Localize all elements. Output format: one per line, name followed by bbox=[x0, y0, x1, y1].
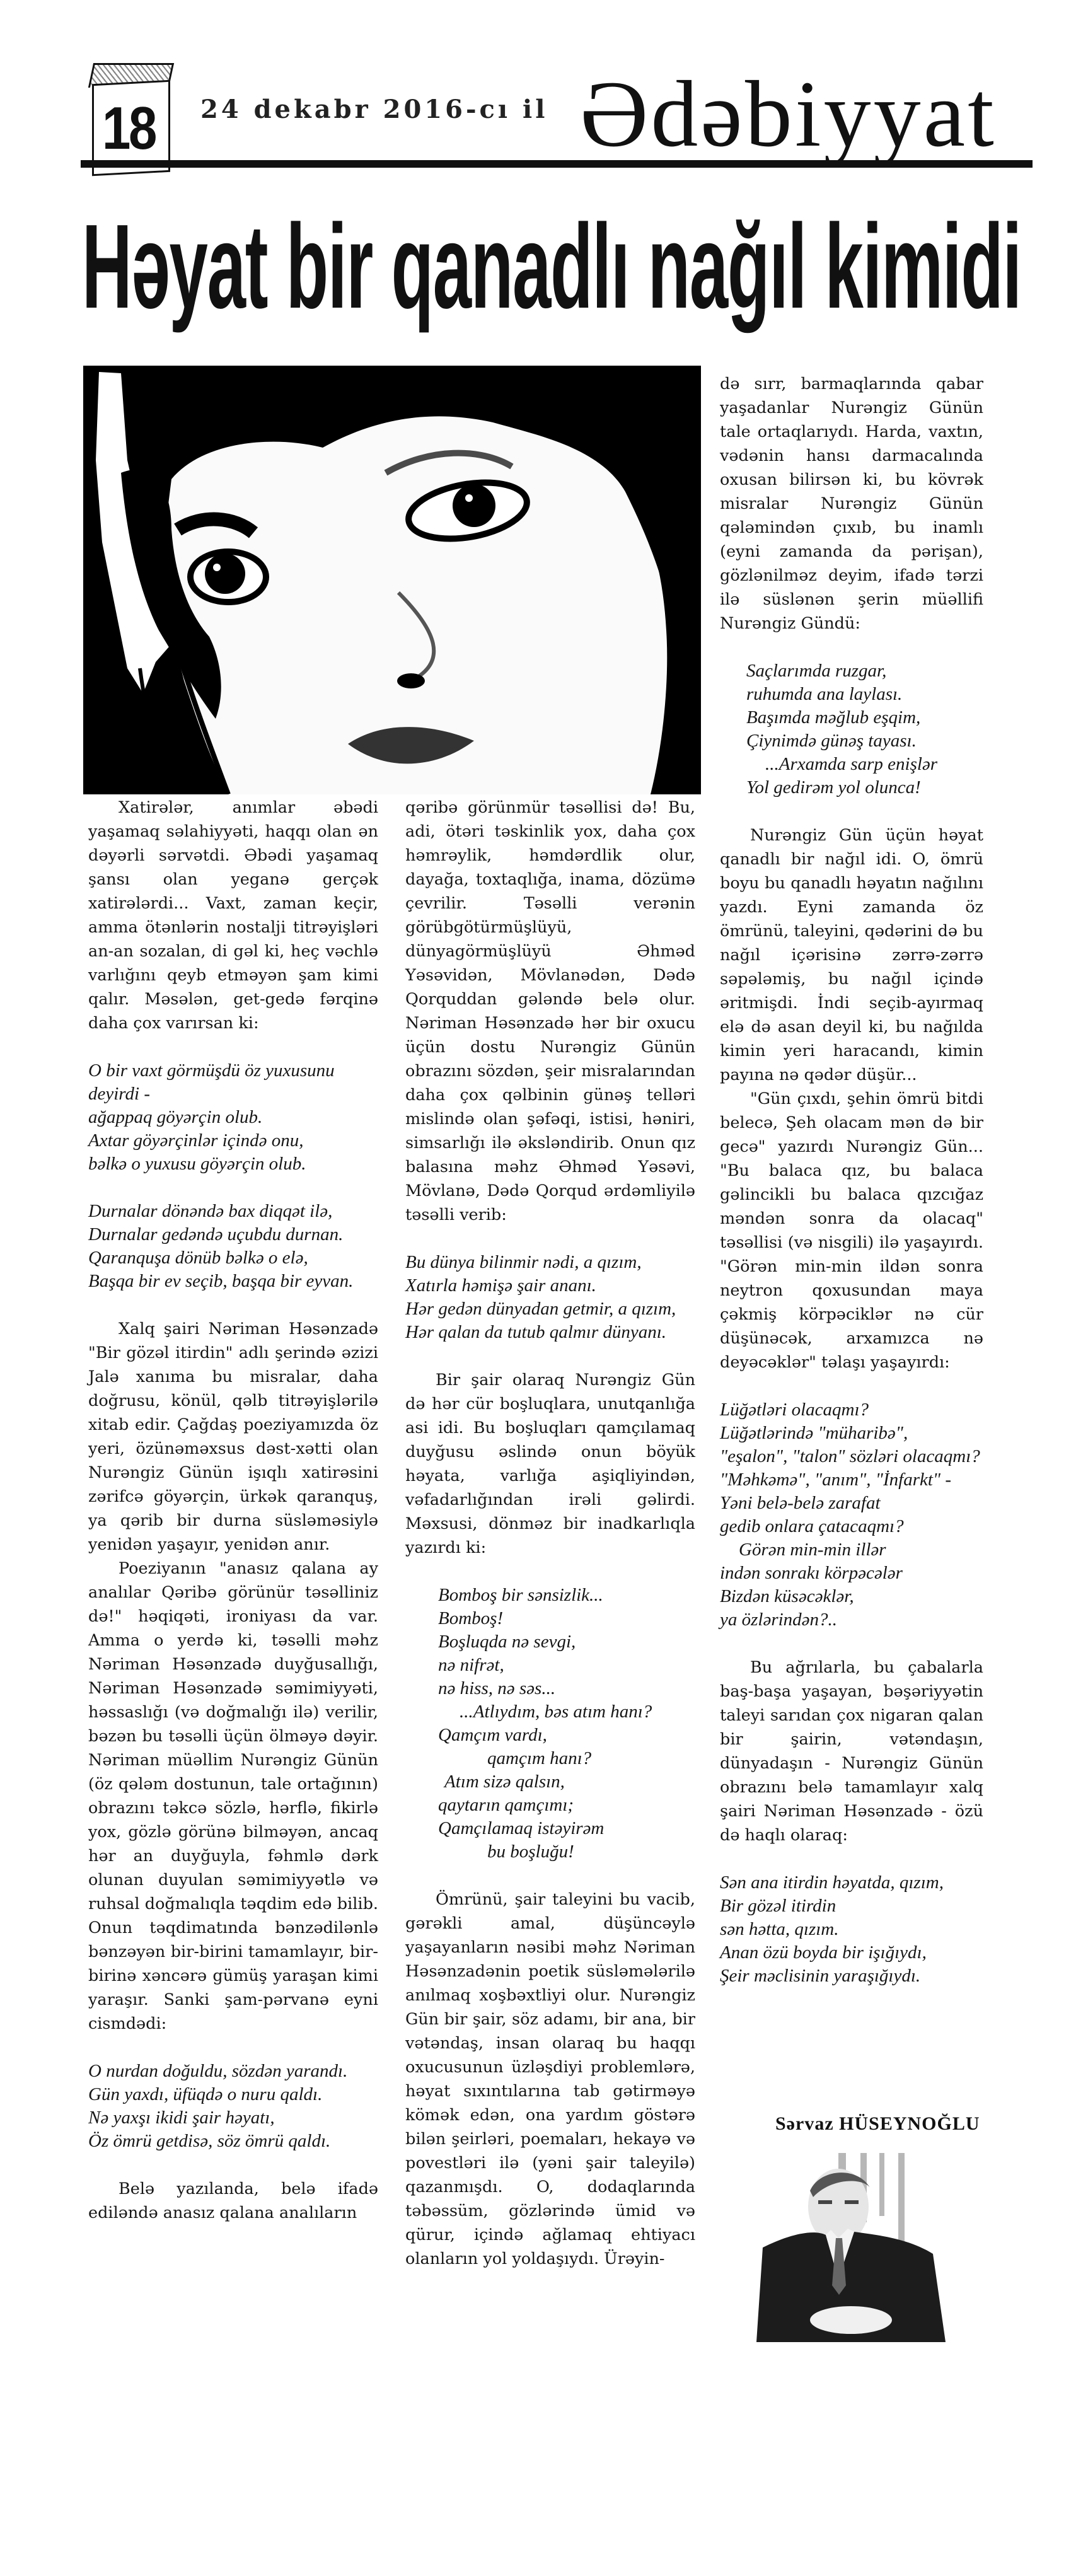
author-photo-graphic bbox=[744, 2153, 952, 2342]
poem-line: O bir vaxt görmüşdü öz yuxusunu bbox=[88, 1059, 378, 1082]
poem-line: ...Arxamda sarp enişlər bbox=[746, 753, 983, 776]
poem-line: Bir gözəl itirdin bbox=[720, 1894, 983, 1918]
poem-line: Atım sizə qalsın, bbox=[438, 1770, 695, 1794]
paragraph: Xalq şairi Nəriman Həsənzadə "Bir gözəl … bbox=[88, 1317, 378, 1557]
poem-stanza: Lüğətləri olacaqmı? Lüğətlərində "mühari… bbox=[720, 1398, 983, 1632]
paragraph: "Gün çıxdı, şehin ömrü bitdi belecə, Şeh… bbox=[720, 1087, 983, 1374]
poem-line: Görən min-min illər bbox=[720, 1538, 983, 1562]
poem-line: Lüğətləri olacaqmı? bbox=[720, 1398, 983, 1422]
section-title: Ədəbiyyat bbox=[580, 61, 997, 168]
poem-line: Hər qalan da tutub qalmır dünyanı. bbox=[405, 1321, 695, 1344]
poem-line: Bu dünya bilinmir nədi, a qızım, bbox=[405, 1251, 695, 1274]
poem-line: Axtar göyərçinlər içində onu, bbox=[88, 1129, 378, 1152]
paragraph: Xatirələr, anımlar əbədi yaşamaq səlahiy… bbox=[88, 796, 378, 1035]
poem-line: Başqa bir ev seçib, başqa bir eyvan. bbox=[88, 1270, 378, 1293]
poem-line: Öz ömrü getdisə, söz ömrü qaldı. bbox=[88, 2130, 378, 2153]
poem-line: bəlkə o yuxusu göyərçin olub. bbox=[88, 1152, 378, 1176]
poem-line: Gün yaxdı, üfüqdə o nuru qaldı. bbox=[88, 2083, 378, 2106]
poem-line: Lüğətlərində "müharibə", bbox=[720, 1422, 983, 1445]
issue-date: 24 dekabr 2016-cı il bbox=[200, 95, 548, 124]
poem-line: Xatırla həmişə şair ananı. bbox=[405, 1274, 695, 1297]
paragraph: qəribə görünmür təsəllisi də! Bu, adi, ö… bbox=[405, 796, 695, 1227]
paragraph: Poeziyanın "anasız qalana ay analılar Qə… bbox=[88, 1557, 378, 2036]
poem-stanza: O bir vaxt görmüşdü öz yuxusunu deyirdi … bbox=[88, 1059, 378, 1176]
poem-line: Durnalar gedəndə uçubdu durnan. bbox=[88, 1223, 378, 1246]
poem-line: "Məhkəmə", "anım", "İnfarkt" - bbox=[720, 1468, 983, 1492]
article-column-2: qəribə görünmür təsəllisi də! Bu, adi, ö… bbox=[405, 796, 695, 2271]
poem-line: bu boşluğu! bbox=[438, 1840, 695, 1864]
poem-stanza: Saçlarımda ruzgar, ruhumda ana laylası. … bbox=[746, 659, 983, 799]
header-rule bbox=[81, 160, 1033, 168]
article-column-3: də sırr, barmaqlarında qabar yaşadanlar … bbox=[720, 372, 983, 2012]
poem-line: Bizdən küsəcəklər, bbox=[720, 1585, 983, 1608]
poem-stanza: Bomboş bir sənsizlik... Bomboş! Boşluqda… bbox=[438, 1584, 695, 1864]
poem-line: qamçım hanı? bbox=[438, 1747, 695, 1770]
poem-line: Çiynimdə günəş tayası. bbox=[746, 729, 983, 753]
paragraph: Bir şair olaraq Nurəngiz Gün də hər cür … bbox=[405, 1368, 695, 1560]
poem-line: qaytarın qamçımı; bbox=[438, 1794, 695, 1817]
poem-line: Durnalar dönəndə bax diqqət ilə, bbox=[88, 1200, 378, 1223]
poem-line: Yol gedirəm yol olunca! bbox=[746, 776, 983, 799]
poem-line: Anan özü boyda bir işığıydı, bbox=[720, 1941, 983, 1964]
poem-stanza: Durnalar dönəndə bax diqqət ilə, Durnala… bbox=[88, 1200, 378, 1293]
author-photo bbox=[744, 2153, 952, 2342]
poem-line: Qamçım vardı, bbox=[438, 1724, 695, 1747]
poem-line: sən hətta, qızım. bbox=[720, 1918, 983, 1941]
article-headline: Həyat bir qanadlı nağıl kimidi bbox=[82, 200, 645, 333]
paragraph: Nurəngiz Gün üçün həyat qanadlı bir nağı… bbox=[720, 823, 983, 1087]
portrait-photo bbox=[83, 366, 701, 794]
article-column-1: Xatirələr, anımlar əbədi yaşamaq səlahiy… bbox=[88, 796, 378, 2225]
poem-line: ağappaq göyərçin olub. bbox=[88, 1106, 378, 1129]
poem-line: Sən ana itirdin həyatda, qızım, bbox=[720, 1871, 983, 1894]
poem-line: Qamçılamaq istəyirəm bbox=[438, 1817, 695, 1840]
poem-line: Şeir məclisinin yaraşığıydı. bbox=[720, 1964, 983, 1988]
paragraph: Ömrünü, şair taleyini bu vacib, gərəkli … bbox=[405, 1888, 695, 2271]
poem-line: Başımda məğlub eşqim, bbox=[746, 706, 983, 729]
poem-line: O nurdan doğuldu, sözdən yarandı. bbox=[88, 2060, 378, 2083]
poem-line: Yəni belə-belə zarafat bbox=[720, 1492, 983, 1515]
poem-line: Saçlarımda ruzgar, bbox=[746, 659, 983, 683]
calendar-page-icon: 18 bbox=[81, 58, 170, 171]
poem-line: indən sonrakı körpəcələr bbox=[720, 1562, 983, 1585]
poem-line: Nə yaxşı ikidi şair həyatı, bbox=[88, 2106, 378, 2130]
poem-line: ruhumda ana laylası. bbox=[746, 683, 983, 706]
poem-line: ya özlərindən?.. bbox=[720, 1608, 983, 1632]
author-byline: Sərvaz HÜSEYNOĞLU bbox=[775, 2113, 980, 2135]
poem-line: Bomboş bir sənsizlik... bbox=[438, 1584, 695, 1607]
paragraph: Belə yazılanda, belə ifadə ediləndə anas… bbox=[88, 2177, 378, 2225]
poem-line: nə hiss, nə səs... bbox=[438, 1677, 695, 1700]
paragraph: də sırr, barmaqlarında qabar yaşadanlar … bbox=[720, 372, 983, 635]
poem-line: gedib onlara çatacaqmı? bbox=[720, 1515, 983, 1538]
poem-line: "eşalon", "talon" sözləri olacaqmı? bbox=[720, 1445, 983, 1468]
poem-line: Boşluqda nə sevgi, bbox=[438, 1630, 695, 1654]
poem-line: Qaranquşa dönüb bəlkə o elə, bbox=[88, 1246, 378, 1270]
portrait-photo-graphic bbox=[83, 366, 701, 794]
poem-line: Hər gedən dünyadan getmir, a qızım, bbox=[405, 1297, 695, 1321]
poem-stanza: Sən ana itirdin həyatda, qızım, Bir gözə… bbox=[720, 1871, 983, 1988]
page-number: 18 bbox=[102, 97, 156, 160]
poem-line: deyirdi - bbox=[88, 1082, 378, 1106]
poem-stanza: Bu dünya bilinmir nədi, a qızım, Xatırla… bbox=[405, 1251, 695, 1344]
paragraph: Bu ağrılarla, bu çabalarla baş-başa yaşa… bbox=[720, 1656, 983, 1847]
poem-line: Bomboş! bbox=[438, 1607, 695, 1630]
poem-line: nə nifrət, bbox=[438, 1654, 695, 1677]
poem-line: ...Atlıydım, bəs atım hanı? bbox=[438, 1700, 695, 1724]
poem-stanza: O nurdan doğuldu, sözdən yarandı. Gün ya… bbox=[88, 2060, 378, 2153]
